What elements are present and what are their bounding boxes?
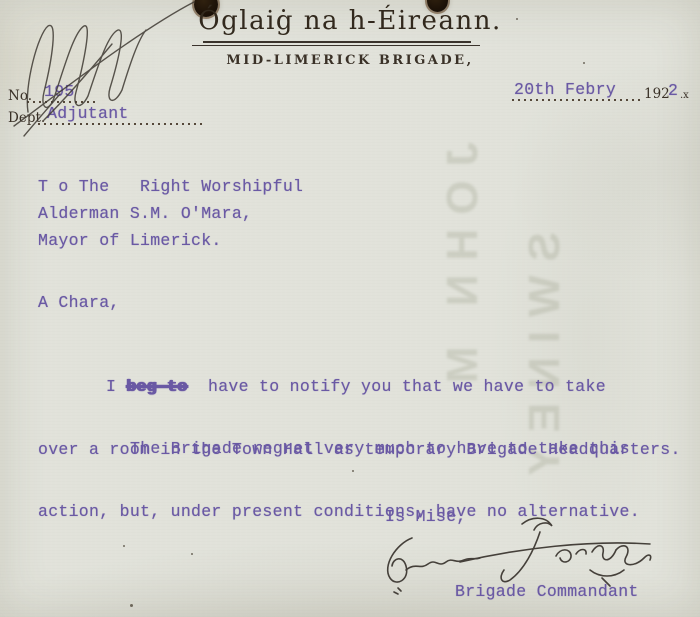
paper-speck <box>130 604 133 607</box>
paper-speck <box>123 545 125 547</box>
date-typed-digit: 2 <box>668 80 678 101</box>
paragraph-1-line-1: I beg to have to notify you that we have… <box>38 376 688 397</box>
date-leader <box>512 99 642 101</box>
date-suffix: .x <box>680 90 689 101</box>
letter-document: JOHN M SWINEY Óglaiġ na h-Éireann. MID-L… <box>0 0 700 617</box>
recipient-line-1: T o The Right Worshipful <box>38 176 303 197</box>
salutation: A Chara, <box>38 292 120 313</box>
pen-scribble <box>0 0 200 140</box>
header-rule-top <box>203 41 471 43</box>
p1-pre: I <box>106 377 126 396</box>
paper-speck <box>583 62 585 64</box>
paper-speck <box>191 553 193 555</box>
paper-speck <box>352 470 354 472</box>
recipient-line-3: Mayor of Limerick. <box>38 230 222 251</box>
header-rule-bottom <box>192 45 480 46</box>
valediction: Is Mise, <box>385 506 467 527</box>
date-typed: 20th Febry <box>514 79 616 100</box>
p1-struck-text: beg to <box>126 377 187 396</box>
paper-speck <box>516 18 518 20</box>
p1-post: have to notify you that we have to take <box>188 377 606 396</box>
paragraph-2-line-1: The Brigade regret very much to have to … <box>38 438 688 459</box>
date-printed-year: 192 <box>644 86 670 102</box>
recipient-line-2: Alderman S.M. O'Mara, <box>38 203 252 224</box>
